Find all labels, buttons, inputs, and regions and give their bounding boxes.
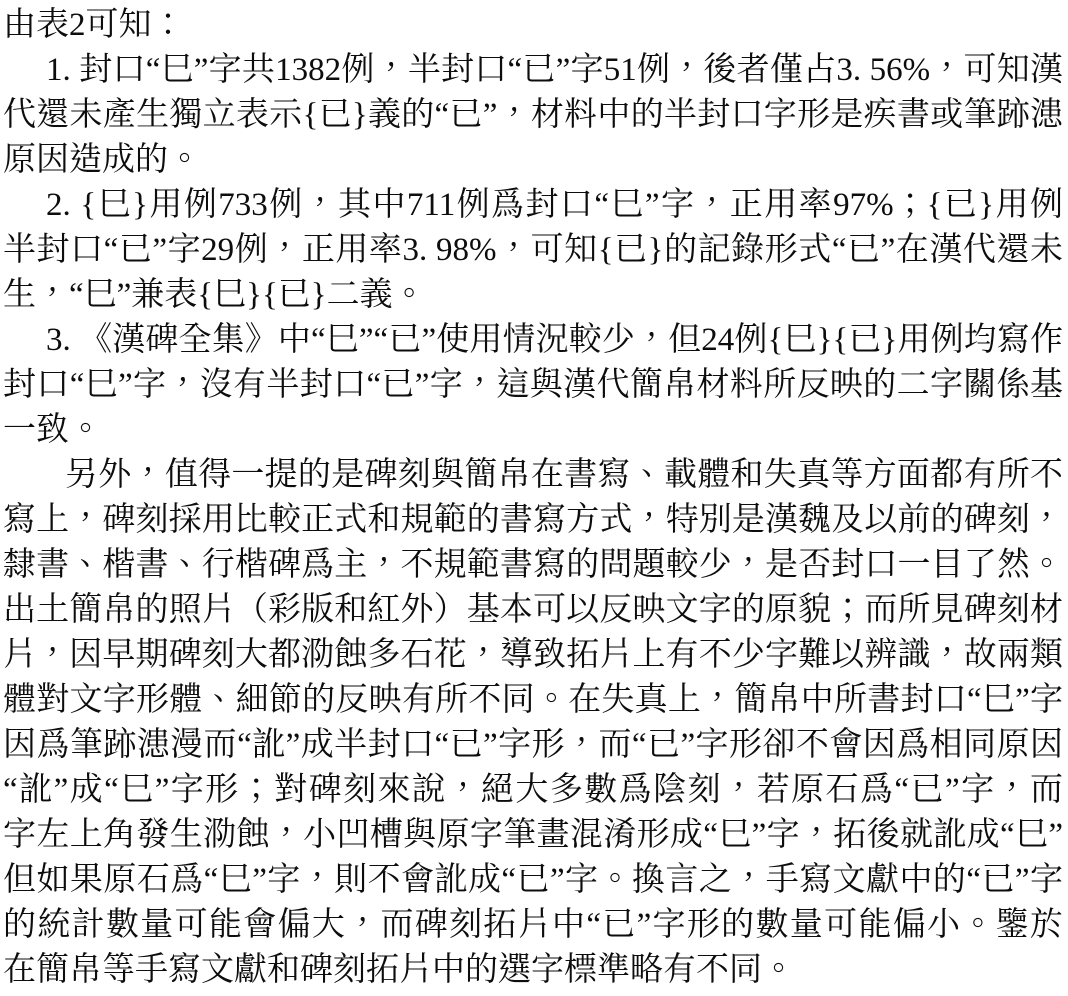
text-line: 的統計數量可能會偏大，而碑刻拓片中“已”字形的數量可能偏小。鑒於此，我們 bbox=[3, 903, 1063, 948]
text-line: 半封口“已”字29例，正用率3. 98%，可知{已}的記錄形式“已”在漢代還未產 bbox=[3, 228, 1063, 273]
text-line: 寫上，碑刻採用比較正式和規範的書寫方式，特別是漢魏及以前的碑刻，以篆書、 bbox=[3, 498, 1063, 543]
text-line: 原因造成的。 bbox=[3, 138, 1063, 183]
text-line: 但如果原石爲“巳”字，則不會訛成“已”字。換言之，手寫文獻中的“已”字形 bbox=[3, 858, 1063, 903]
text-line: 1. 封口“巳”字共1382例，半封口“已”字51例，後者僅占3. 56%，可知… bbox=[3, 48, 1063, 93]
paragraph: 由表2可知： bbox=[3, 3, 1063, 48]
text-line: 體對文字形體、細節的反映有所不同。在失真上，簡帛中所書封口“巳”字形可能 bbox=[3, 678, 1063, 723]
text-line: “訛”成“巳”字形；對碑刻來說，絕大多數爲陰刻，若原石爲“已”字，而“已” bbox=[3, 768, 1063, 813]
text-line: 隸書、楷書、行楷碑爲主，不規範書寫的問題較少，是否封口一目了然。在載體上， bbox=[3, 543, 1063, 588]
text-line: 由表2可知： bbox=[3, 3, 1063, 48]
text-line: 在簡帛等手寫文獻和碑刻拓片中的選字標準略有不同。 bbox=[3, 948, 1063, 993]
paragraph: 1. 封口“巳”字共1382例，半封口“已”字51例，後者僅占3. 56%，可知… bbox=[3, 48, 1063, 183]
text-line: 生，“巳”兼表{巳}{已}二義。 bbox=[3, 273, 1063, 318]
text-line: 另外，值得一提的是碑刻與簡帛在書寫、載體和失真等方面都有所不同。在書 bbox=[3, 453, 1063, 498]
paragraph: 2. {巳}用例733例，其中711例爲封口“巳”字，正用率97%；{已}用例7… bbox=[3, 183, 1063, 318]
text-line: 封口“巳”字，沒有半封口“已”字，這與漢代簡帛材料所反映的二字關係基本 bbox=[3, 363, 1063, 408]
document-page: 由表2可知：1. 封口“巳”字共1382例，半封口“已”字51例，後者僅占3. … bbox=[0, 0, 1068, 996]
text-line: 3. 《漢碑全集》中“巳”“已”使用情況較少，但24例{巳}{已}用例均寫作 bbox=[3, 318, 1063, 363]
text-line: 2. {巳}用例733例，其中711例爲封口“巳”字，正用率97%；{已}用例7… bbox=[3, 183, 1063, 228]
text-line: 一致。 bbox=[3, 408, 1063, 453]
paragraph: 3. 《漢碑全集》中“巳”“已”使用情況較少，但24例{巳}{已}用例均寫作封口… bbox=[3, 318, 1063, 453]
text-line: 出土簡帛的照片（彩版和紅外）基本可以反映文字的原貌；而所見碑刻材料多爲拓 bbox=[3, 588, 1063, 633]
text-line: 代還未產生獨立表示{已}義的“已”，材料中的半封口字形是疾書或筆跡漶漫等 bbox=[3, 93, 1063, 138]
text-line: 片，因早期碑刻大都泐蝕多石花，導致拓片上有不少字難以辨識，故兩類不同的載 bbox=[3, 633, 1063, 678]
paragraph: 另外，值得一提的是碑刻與簡帛在書寫、載體和失真等方面都有所不同。在書寫上，碑刻採… bbox=[3, 453, 1063, 993]
text-line: 字左上角發生泐蝕，小凹槽與原字筆畫混淆形成“巳”字，拓後就訛成“巳”字， bbox=[3, 813, 1063, 858]
text-line: 因爲筆跡漶漫而“訛”成半封口“已”字形，而“已”字形卻不會因爲相同原因 bbox=[3, 723, 1063, 768]
